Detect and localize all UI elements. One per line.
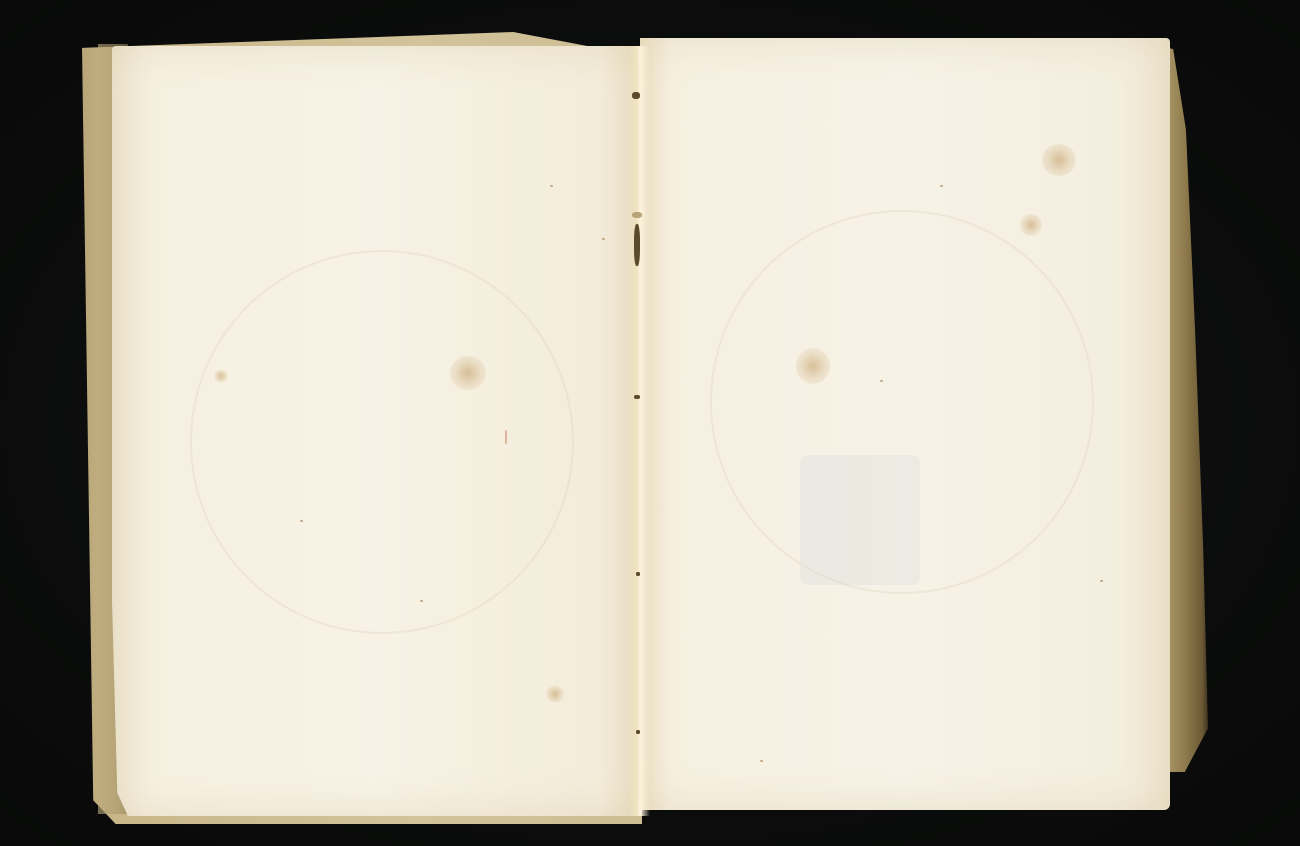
- foxing-spot: [450, 356, 486, 390]
- paper-fleck: [300, 520, 303, 522]
- foxing-spot: [1042, 144, 1076, 176]
- binding-stitch: [632, 212, 642, 218]
- binding-stitch: [634, 395, 640, 399]
- foxing-spot: [1020, 214, 1042, 236]
- foxing-spot: [796, 348, 830, 384]
- paper-fleck: [505, 430, 507, 444]
- faint-impression: [190, 250, 574, 634]
- paper-fleck: [880, 380, 883, 382]
- paper-fleck: [602, 238, 605, 240]
- paper-fleck: [550, 185, 553, 187]
- binding-stitch: [636, 572, 640, 576]
- paper-fleck: [940, 185, 943, 187]
- paper-fleck: [1100, 580, 1103, 582]
- book-gutter: [628, 46, 650, 816]
- ink-bleed-through: [800, 455, 920, 585]
- foxing-spot: [546, 686, 564, 702]
- foxing-spot: [214, 370, 228, 382]
- paper-fleck: [420, 600, 423, 602]
- paper-fleck: [760, 760, 763, 762]
- binding-stitch: [634, 224, 640, 266]
- binding-stitch: [632, 92, 640, 99]
- binding-stitch: [636, 730, 640, 734]
